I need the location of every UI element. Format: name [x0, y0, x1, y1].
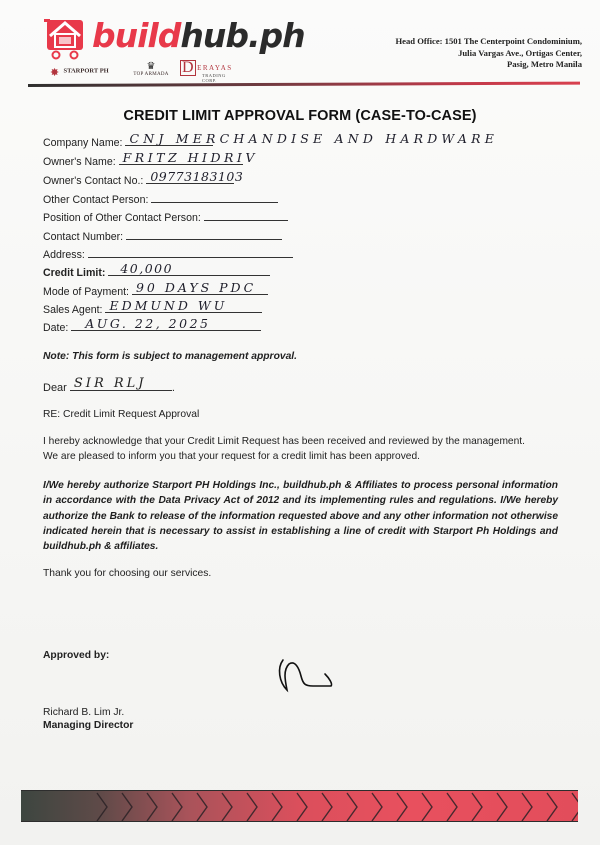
starburst-icon: ✸ — [50, 66, 62, 76]
form-title: CREDIT LIMIT APPROVAL FORM (CASE-TO-CASE… — [0, 108, 600, 124]
field-line[interactable] — [126, 228, 282, 240]
field-line[interactable] — [88, 246, 293, 258]
derayas-sub: TRADING CORP. — [202, 73, 240, 83]
closing-line: Thank you for choosing our services. — [43, 568, 211, 579]
field-contact-number: Contact Number: — [43, 228, 282, 244]
field-company-name: Company Name: CNJ MERCHANDISE AND HARDWA… — [43, 134, 213, 150]
field-other-contact-person: Other Contact Person: — [43, 191, 278, 207]
approved-by-label: Approved by: — [43, 650, 109, 661]
derayas-name: ERAYAS — [197, 64, 233, 72]
salutation-period: . — [172, 382, 175, 394]
field-line[interactable]: AUG. 22, 2025 — [71, 319, 261, 331]
header-divider — [28, 82, 580, 87]
field-line[interactable]: 40,000 — [108, 264, 270, 276]
field-owners-name: Owner's Name: FRITZ HIDRIV — [43, 153, 243, 169]
field-value: AUG. 22, 2025 — [85, 317, 210, 331]
acknowledgement-line-1: I hereby acknowledge that your Credit Li… — [43, 434, 573, 449]
field-label: Address: — [43, 248, 85, 262]
field-line[interactable] — [151, 191, 278, 203]
document-page: buildhub.ph ✸ STARPORT PH ♛ TOP ARMADA D… — [0, 0, 600, 845]
field-label: Contact Number: — [43, 230, 123, 244]
address-line-3: Pasig, Metro Manila — [395, 59, 582, 71]
brand-name-hub: hub.ph — [180, 16, 304, 55]
starport-text: STARPORT PH — [64, 68, 109, 75]
affiliate-logos: ✸ STARPORT PH ♛ TOP ARMADA D ERAYAS TRAD… — [50, 62, 270, 82]
field-line[interactable]: FRITZ HIDRIV — [119, 153, 243, 165]
signer-title: Managing Director — [43, 720, 133, 731]
starport-logo: ✸ STARPORT PH — [50, 66, 109, 76]
field-line[interactable] — [204, 209, 288, 221]
address-line-2: Julia Vargas Ave., Ortigas Center, — [395, 48, 582, 60]
field-label: Company Name: — [43, 136, 122, 150]
field-label: Date: — [43, 321, 68, 335]
field-line[interactable]: CNJ MERCHANDISE AND HARDWARE — [125, 134, 213, 146]
field-line[interactable]: 09773183103 — [146, 172, 234, 184]
field-date: Date: AUG. 22, 2025 — [43, 319, 261, 335]
re-line: RE: Credit Limit Request Approval — [43, 409, 199, 420]
salutation: Dear SIR RLJ. — [43, 378, 175, 394]
field-owners-contact: Owner's Contact No.: 09773183103 — [43, 172, 234, 188]
field-mode-of-payment: Mode of Payment: 90 DAYS PDC — [43, 283, 268, 299]
acknowledgement-line-2: We are pleased to inform you that your r… — [43, 449, 573, 464]
signature-icon — [275, 654, 345, 694]
data-privacy-authorization: I/We hereby authorize Starport PH Holdin… — [43, 478, 558, 554]
field-line[interactable]: 90 DAYS PDC — [132, 283, 268, 295]
address-line-1: Head Office: 1501 The Centerpoint Condom… — [395, 36, 582, 48]
field-position-other-contact: Position of Other Contact Person: — [43, 209, 288, 225]
chevron-arrows-icon — [21, 791, 578, 822]
field-value: FRITZ HIDRIV — [123, 151, 258, 165]
derayas-logo: D ERAYAS TRADING CORP. — [180, 60, 240, 76]
field-label: Owner's Name: — [43, 155, 116, 169]
field-line[interactable]: EDMUND WU — [105, 301, 262, 313]
toparmada-text: TOP ARMADA — [130, 72, 172, 77]
field-value: CNJ MERCHANDISE AND HARDWARE — [129, 132, 498, 146]
head-office-address: Head Office: 1501 The Centerpoint Condom… — [395, 36, 582, 71]
acknowledgement-paragraph: I hereby acknowledge that your Credit Li… — [43, 434, 573, 464]
field-credit-limit: Credit Limit: 40,000 — [43, 264, 270, 280]
field-value: 40,000 — [120, 262, 173, 276]
field-label: Position of Other Contact Person: — [43, 211, 201, 225]
brand-name: buildhub.ph — [92, 16, 305, 56]
brand-name-build: build — [92, 16, 180, 55]
signer-name: Richard B. Lim Jr. — [43, 707, 124, 718]
crown-icon: ♛ — [130, 62, 172, 72]
buildhub-logo: buildhub.ph — [44, 14, 294, 62]
approval-note: Note: This form is subject to management… — [43, 351, 297, 362]
field-value: EDMUND WU — [109, 299, 227, 313]
toparmada-logo: ♛ TOP ARMADA — [130, 62, 172, 77]
field-label: Owner's Contact No.: — [43, 174, 143, 188]
field-address: Address: — [43, 246, 293, 262]
field-value: 09773183103 — [150, 170, 243, 184]
field-label: Credit Limit: — [43, 266, 105, 280]
derayas-d-icon: D — [180, 60, 196, 76]
field-sales-agent: Sales Agent: EDMUND WU — [43, 301, 262, 317]
salutation-label: Dear — [43, 382, 67, 394]
salutation-value: SIR RLJ — [74, 376, 147, 391]
field-label: Mode of Payment: — [43, 285, 129, 299]
footer-chevron-bar — [21, 790, 578, 822]
field-label: Sales Agent: — [43, 303, 103, 317]
field-value: 90 DAYS PDC — [136, 281, 256, 295]
salutation-line[interactable]: SIR RLJ — [70, 378, 172, 391]
field-label: Other Contact Person: — [43, 193, 148, 207]
house-cart-icon — [44, 14, 86, 60]
